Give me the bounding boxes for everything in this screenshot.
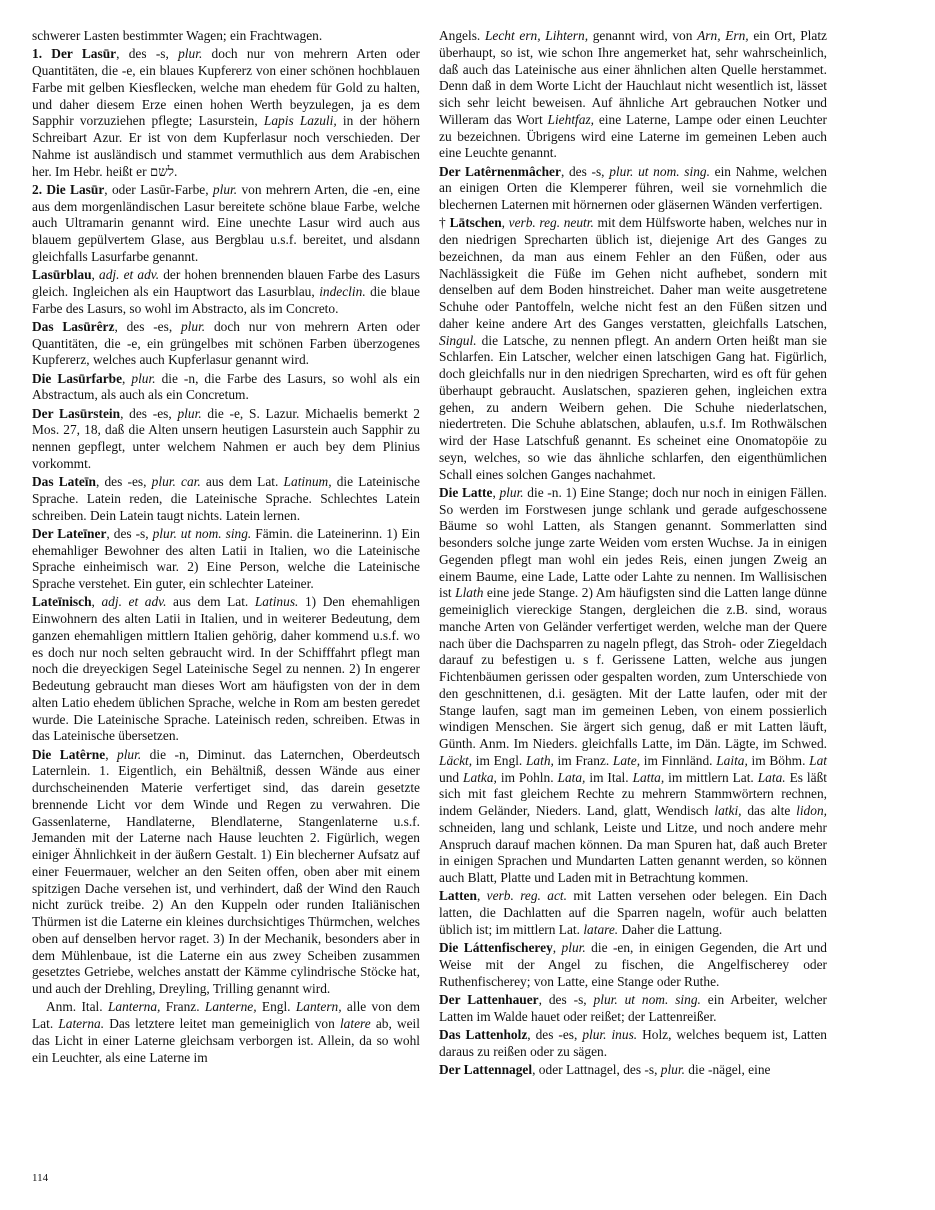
dictionary-entry: Der Lattennagel, oder Lattnagel, des -s,… xyxy=(439,1062,827,1079)
grammar-note: Liehtfaz, xyxy=(548,112,595,127)
headword: Das Lattenholz xyxy=(439,1027,527,1042)
grammar-note: plur. inus. xyxy=(582,1027,637,1042)
grammar-note: indeclin. xyxy=(319,284,365,299)
grammar-note: Arn, Ern, xyxy=(697,28,749,43)
headword: Das Lasūrêrz xyxy=(32,319,114,334)
grammar-note: plur. xyxy=(131,371,155,386)
grammar-note: Lata. xyxy=(758,770,786,785)
grammar-note: lidon, xyxy=(796,803,827,818)
dictionary-entry: Der Lateīner, des -s, plur. ut nom. sing… xyxy=(32,526,420,593)
grammar-note: plur. xyxy=(499,485,523,500)
dictionary-entry: Der Lattenhauer, des -s, plur. ut nom. s… xyxy=(439,992,827,1026)
headword: Lātschen xyxy=(450,215,502,230)
headword: Latten xyxy=(439,888,477,903)
headword: Der Lasūrstein xyxy=(32,406,120,421)
left-column: schwerer Lasten bestimmter Wagen; ein Fr… xyxy=(32,28,420,1068)
grammar-note: Lantern, xyxy=(296,999,342,1014)
grammar-note: Laita, xyxy=(716,753,748,768)
dictionary-entry: Die Lasūrfarbe, plur. die -n, die Farbe … xyxy=(32,371,420,405)
grammar-note: plur. ut nom. sing. xyxy=(153,526,252,541)
grammar-note: Llath xyxy=(455,585,483,600)
grammar-note: Lath, xyxy=(526,753,554,768)
grammar-note: plur. ut nom. sing. xyxy=(594,992,701,1007)
dictionary-entry: 1. Der Lasūr, des -s, plur. doch nur von… xyxy=(32,46,420,180)
grammar-note: verb. reg. act. xyxy=(487,888,567,903)
headword: Der Lateīner xyxy=(32,526,106,541)
grammar-note: Lat xyxy=(809,753,827,768)
headword: Das Lateīn xyxy=(32,474,96,489)
grammar-note: Lanterne, xyxy=(205,999,257,1014)
dictionary-entry: Latten, verb. reg. act. mit Latten verse… xyxy=(439,888,827,938)
headword: 2. Die Lasūr xyxy=(32,182,104,197)
grammar-note: plur. car. xyxy=(152,474,201,489)
grammar-note: Latinum, xyxy=(284,474,332,489)
grammar-note: Lecht ern, Lihtern, xyxy=(485,28,588,43)
grammar-note: latare. xyxy=(583,922,618,937)
page-number: 114 xyxy=(32,1172,48,1184)
headword: Der Latêrnenmâcher xyxy=(439,164,561,179)
grammar-note: verb. reg. neutr. xyxy=(509,215,594,230)
headword: Die Latêrne xyxy=(32,747,105,762)
grammar-note: Singul. xyxy=(439,333,477,348)
headword: Die Láttenfischerey xyxy=(439,940,553,955)
dictionary-entry: Der Lasūrstein, des -es, plur. die -e, S… xyxy=(32,406,420,473)
grammar-note: Laterna. xyxy=(58,1016,104,1031)
grammar-note: latki, xyxy=(714,803,741,818)
grammar-note: plur. xyxy=(178,46,202,61)
grammar-note: Läckt, xyxy=(439,753,472,768)
grammar-note: Latta, xyxy=(633,770,665,785)
headword: Der Lattennagel xyxy=(439,1062,532,1077)
dictionary-entry: Das Lasūrêrz, des -es, plur. doch nur vo… xyxy=(32,319,420,369)
grammar-note: Lanterna, xyxy=(108,999,160,1014)
dictionary-entry: Die Láttenfischerey, plur. die -en, in e… xyxy=(439,940,827,990)
dictionary-entry: Das Lateīn, des -es, plur. car. aus dem … xyxy=(32,474,420,524)
grammar-note: adj. et adv. xyxy=(99,267,159,282)
grammar-note: plur. xyxy=(117,747,141,762)
grammar-note: plur. ut nom. sing. xyxy=(609,164,710,179)
right-column: Angels. Lecht ern, Lihtern, genannt wird… xyxy=(439,28,827,1080)
dictionary-entry: Das Lattenholz, des -es, plur. inus. Hol… xyxy=(439,1027,827,1061)
grammar-note: adj. et adv. xyxy=(101,594,166,609)
dictionary-entry: Die Latêrne, plur. die -n, Diminut. das … xyxy=(32,747,420,998)
dictionary-entry: Anm. Ital. Lanterna, Franz. Lanterne, En… xyxy=(32,999,420,1066)
grammar-note: Latinus. xyxy=(255,594,299,609)
headword: Der Lattenhauer xyxy=(439,992,539,1007)
dictionary-entry: Die Latte, plur. die -n. 1) Eine Stange;… xyxy=(439,485,827,887)
grammar-note: plur. xyxy=(181,319,205,334)
dictionary-entry: Angels. Lecht ern, Lihtern, genannt wird… xyxy=(439,28,827,162)
dictionary-entry: Der Latêrnenmâcher, des -s, plur. ut nom… xyxy=(439,164,827,214)
headword: Lasūrblau xyxy=(32,267,92,282)
grammar-note: plur. xyxy=(562,940,586,955)
grammar-note: Late, xyxy=(613,753,640,768)
grammar-note: Lapis Lazuli, xyxy=(264,113,337,128)
grammar-note: latere xyxy=(340,1016,371,1031)
dictionary-entry: Lateīnisch, adj. et adv. aus dem Lat. La… xyxy=(32,594,420,745)
headword: Die Latte xyxy=(439,485,492,500)
grammar-note: Latka, xyxy=(463,770,497,785)
dictionary-entry: † Lātschen, verb. reg. neutr. mit dem Hü… xyxy=(439,215,827,483)
grammar-note: plur. xyxy=(177,406,201,421)
dictionary-entry: schwerer Lasten bestimmter Wagen; ein Fr… xyxy=(32,28,420,45)
headword: Lateīnisch xyxy=(32,594,92,609)
grammar-note: plur. xyxy=(213,182,237,197)
grammar-note: plur. xyxy=(661,1062,685,1077)
dictionary-entry: 2. Die Lasūr, oder Lasūr-Farbe, plur. vo… xyxy=(32,182,420,266)
headword: 1. Der Lasūr xyxy=(32,46,116,61)
dictionary-entry: Lasūrblau, adj. et adv. der hohen brenne… xyxy=(32,267,420,317)
headword: Die Lasūrfarbe xyxy=(32,371,122,386)
grammar-note: Lata, xyxy=(558,770,586,785)
